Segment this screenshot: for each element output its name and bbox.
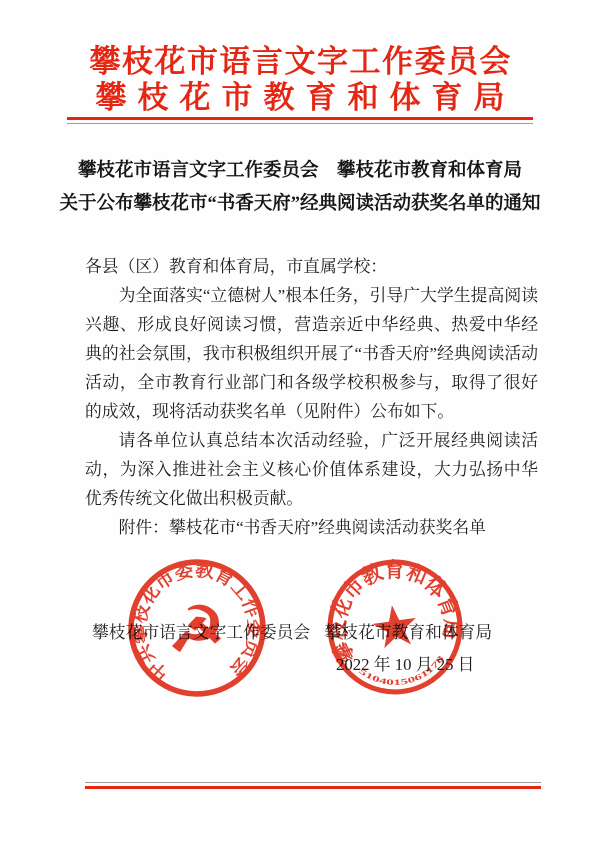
signature-org-left: 攀枝花市语言文字工作委员会 — [92, 623, 310, 642]
paragraph-2: 请各单位认真总结本次活动经验，广泛开展经典阅读活动，为深入推进社会主义核心价值体… — [85, 426, 538, 513]
letterhead: 攀枝花市语言文字工作委员会 攀枝花市教育和体育局 — [0, 44, 600, 124]
salutation: 各县（区）教育和体育局，市直属学校： — [85, 252, 538, 281]
signature-org-right: 攀枝花市教育和体育局 — [324, 623, 492, 642]
document-title-line-1: 攀枝花市语言文字工作委员会 攀枝花市教育和体育局 — [0, 155, 600, 188]
document-body: 各县（区）教育和体育局，市直属学校： 为全面落实“立德树人”根本任务，引导广大学… — [85, 252, 538, 542]
document-title: 攀枝花市语言文字工作委员会 攀枝花市教育和体育局 关于公布攀枝花市“书香天府”经… — [0, 155, 600, 221]
document-title-line-2: 关于公布攀枝花市“书香天府”经典阅读活动获奖名单的通知 — [0, 188, 600, 221]
signature-line: 攀枝花市语言文字工作委员会 攀枝花市教育和体育局 — [92, 618, 552, 647]
document-date: 2022 年 10 月 25 日 — [336, 650, 474, 679]
paragraph-1: 为全面落实“立德树人”根本任务，引导广大学生提高阅读兴趣、形成良好阅读习惯，营造… — [85, 281, 538, 426]
letterhead-org-1: 攀枝花市语言文字工作委员会 — [0, 44, 600, 80]
footer-rule — [85, 782, 541, 789]
document-page: 攀枝花市语言文字工作委员会 攀枝花市教育和体育局 攀枝花市语言文字工作委员会 攀… — [0, 0, 600, 848]
attachment-line: 附件：攀枝花市“书香天府”经典阅读活动获奖名单 — [85, 513, 538, 542]
letterhead-org-2: 攀枝花市教育和体育局 — [0, 80, 600, 116]
letterhead-rule — [67, 117, 533, 124]
